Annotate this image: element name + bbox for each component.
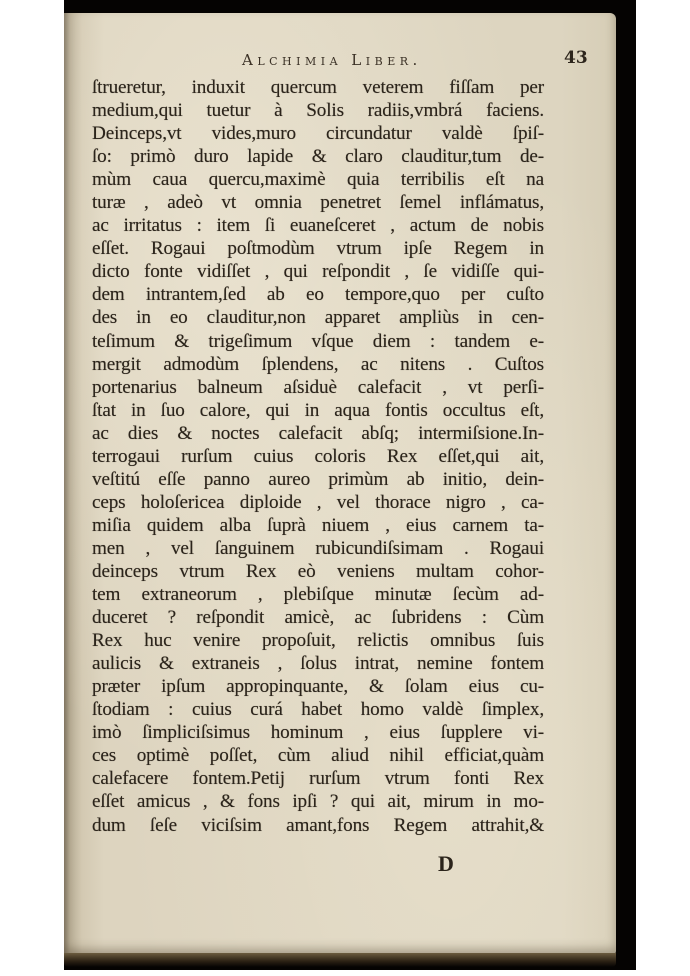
text-line: ſtrueretur, induxit quercum veterem fiſſ… (92, 76, 544, 99)
text-line: ces optimè poſſet, cùm aliud nihil effic… (92, 744, 544, 767)
text-line: dem intrantem,ſed ab eo tempore,quo per … (92, 283, 544, 306)
text-line: des in eo clauditur,non apparet ampliùs … (92, 306, 544, 329)
text-line: ſtodiam : cuius curá habet homo valdè ſi… (92, 698, 544, 721)
text-line: eſſet. Rogaui poſtmodùm vtrum ipſe Regem… (92, 237, 544, 260)
text-line: ac irritatus : item ſi euaneſceret , act… (92, 214, 544, 237)
text-line: tem extraneorum , plebiſque minutæ ſecùm… (92, 583, 544, 606)
text-line: aulicis & extraneis , ſolus intrat, nemi… (92, 652, 544, 675)
text-line: medium,qui tuetur à Solis radiis,vmbrá f… (92, 99, 544, 122)
text-line: dicto fonte vidiſſet , qui reſpondit , ſ… (92, 260, 544, 283)
text-line: terrogaui rurſum cuius coloris Rex eſſet… (92, 445, 544, 468)
text-line: men , vel ſanguinem rubicundiſsimam . Ro… (92, 537, 544, 560)
running-title: Alchimia Liber. (242, 51, 422, 69)
text-line: ſo: primò duro lapide & claro clauditur,… (92, 145, 544, 168)
text-line: teſimum & trigeſimum vſque diem : tandem… (92, 330, 544, 353)
signature-mark: D (438, 851, 454, 877)
page-number: 43 (564, 48, 588, 68)
body-text: ſtrueretur, induxit quercum veterem fiſſ… (92, 76, 544, 837)
book-page: Alchimia Liber. 43 ſtrueretur, induxit q… (64, 13, 616, 955)
text-line: deinceps vtrum Rex eò veniens multam coh… (92, 560, 544, 583)
text-line: dum ſeſe viciſsim amant,fons Regem attra… (92, 814, 544, 837)
text-line: calefacere fontem.Petij rurſum vtrum fon… (92, 767, 544, 790)
text-line: Deinceps,vt vides,muro circundatur valdè… (92, 122, 544, 145)
text-line: portenarius balneum aſsiduè calefacit , … (92, 376, 544, 399)
text-line: turæ , adeò vt omnia penetret ſemel infl… (92, 191, 544, 214)
page-header: Alchimia Liber. 43 (64, 48, 616, 74)
text-line: ſtat in ſuo calore, qui in aqua fontis o… (92, 399, 544, 422)
text-line: Rex huc venire propoſuit, relictis omnib… (92, 629, 544, 652)
text-line: imò ſimpliciſsimus hominum , eius ſupple… (92, 721, 544, 744)
text-line: mergit admodùm ſplendens, ac nitens . Cu… (92, 353, 544, 376)
text-line: eſſet amicus , & fons ipſi ? qui ait, mi… (92, 790, 544, 813)
text-line: duceret ? reſpondit amicè, ac ſubridens … (92, 606, 544, 629)
text-line: ceps holoſericea diploide , vel thorace … (92, 491, 544, 514)
text-line: ac dies & noctes calefacit abſq; intermi… (92, 422, 544, 445)
text-line: miſia quidem alba ſuprà niuem , eius car… (92, 514, 544, 537)
text-line: mùm caua quercu,maximè quia terribilis e… (92, 168, 544, 191)
text-line: præter ipſum appropinquante, & ſolam eiu… (92, 675, 544, 698)
text-line: veſtitú eſſe panno aureo primùm ab initi… (92, 468, 544, 491)
